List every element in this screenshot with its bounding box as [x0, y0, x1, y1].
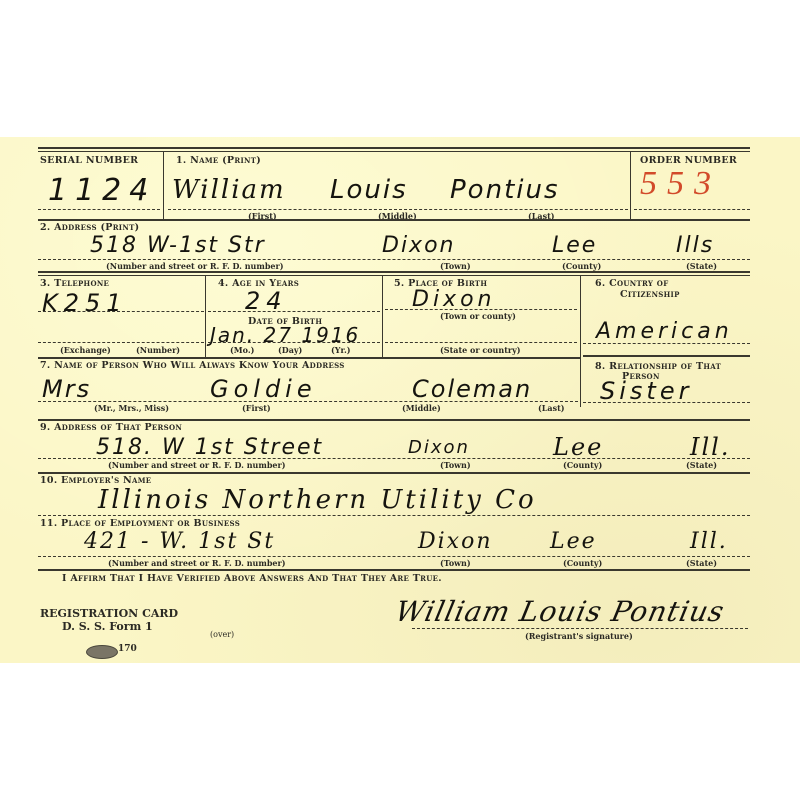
address-town-caption: (Town) [440, 261, 471, 271]
birthplace-dash-2 [385, 342, 577, 343]
contact-address-town-caption: (Town) [440, 460, 471, 470]
address-state-caption: (State) [686, 261, 717, 271]
address-county-caption: (County) [562, 261, 601, 271]
contact-address-county: Lee [553, 433, 603, 461]
contact-first-caption: (First) [242, 403, 271, 413]
dob-yr-caption: (Yr.) [331, 345, 351, 355]
employment-label: 11. Place of Employment or Business [40, 518, 240, 529]
row-rule-2b [38, 275, 750, 276]
contact-title-caption: (Mr., Mrs., Miss) [94, 403, 169, 413]
order-dash [634, 209, 750, 210]
contact-address-state-caption: (State) [686, 460, 717, 470]
contact-address-state: Ill. [690, 433, 730, 461]
employment-street-caption: (Number and street or R. F. D. number) [108, 558, 286, 568]
contact-address-town: Dixon [408, 437, 470, 458]
contact-address-county-caption: (County) [563, 460, 602, 470]
citizenship-dash [583, 343, 750, 344]
citizenship-label-2: Citizenship [620, 289, 680, 300]
serial-number-label: SERIAL NUMBER [40, 155, 138, 166]
age-dash [208, 311, 380, 312]
address-street-caption: (Number and street or R. F. D. number) [106, 261, 284, 271]
form-number: D. S. S. Form 1 [62, 620, 153, 633]
telephone-dash [38, 311, 204, 312]
dob-day-caption: (Day) [278, 345, 302, 355]
address-county: Lee [552, 233, 597, 258]
employment-street: 421 - W. 1st St [84, 529, 275, 554]
employment-county: Lee [550, 529, 597, 554]
address-town: Dixon [382, 233, 455, 258]
row-rule-5 [38, 472, 750, 474]
telephone-value: K251 [42, 289, 128, 317]
employment-town: Dixon [418, 529, 493, 554]
birthplace-dash [385, 309, 577, 310]
birthplace-divider [580, 275, 581, 407]
address-state: Ills [676, 233, 714, 258]
telephone-label: 3. Telephone [40, 278, 109, 289]
row-rule-2 [38, 271, 750, 273]
serial-dash [38, 209, 160, 210]
contact-middle: Coleman [412, 375, 532, 403]
address-street: 518 W-1st Str [90, 233, 266, 258]
contact-middle-caption: (Middle) [402, 403, 441, 413]
contact-last-caption: (Last) [538, 403, 565, 413]
employment-state: Ill. [690, 529, 728, 554]
dob-dash [208, 342, 380, 343]
registration-card: SERIAL NUMBER 1124 1. Name (Print) Willi… [0, 137, 800, 663]
row-rule-4 [38, 419, 750, 421]
serial-divider [163, 151, 164, 219]
employment-county-caption: (County) [563, 558, 602, 568]
row-rule-3-right [583, 355, 750, 357]
print-code: 170 [118, 644, 137, 654]
signature-caption: (Registrant's signature) [525, 631, 633, 641]
dob-value: Jan. 27 1916 [210, 323, 360, 347]
over-note: (over) [210, 630, 234, 639]
name-last: Pontius [450, 175, 560, 205]
contact-address-street: 518. W 1st Street [96, 435, 323, 460]
address-label: 2. Address (Print) [40, 222, 139, 233]
order-number-value: 553 [640, 165, 721, 203]
registrant-signature: William Louis Pontius [392, 595, 727, 628]
age-divider [382, 275, 383, 357]
name-middle: Louis [330, 175, 408, 205]
telephone-exchange-caption: (Exchange) [60, 345, 111, 355]
contact-title: Mrs [42, 375, 91, 403]
telephone-number-caption: (Number) [136, 345, 180, 355]
top-rule [38, 147, 750, 149]
contact-dash [38, 401, 578, 402]
contact-first: Goldie [210, 375, 317, 403]
name-label: 1. Name (Print) [176, 155, 261, 166]
citizenship-value: American [596, 319, 733, 344]
contact-address-street-caption: (Number and street or R. F. D. number) [108, 460, 286, 470]
order-divider [630, 151, 631, 219]
top-rule-thin [38, 151, 750, 152]
name-dash [168, 209, 628, 210]
address-dash [38, 259, 750, 260]
relationship-value: Sister [600, 377, 692, 405]
employment-town-caption: (Town) [440, 558, 471, 568]
name-first: William [172, 175, 286, 205]
contact-label: 7. Name of Person Who Will Always Know Y… [40, 360, 345, 371]
birthplace-state-caption: (State or country) [440, 345, 521, 355]
row-rule-1 [38, 219, 750, 221]
citizenship-label-1: 6. Country of [595, 278, 668, 289]
affirmation-text: I Affirm That I Have Verified Above Answ… [62, 573, 442, 584]
relationship-dash [583, 402, 750, 403]
employment-dash [38, 556, 750, 557]
registration-card-title: REGISTRATION CARD [40, 607, 178, 620]
signature-dash [412, 628, 748, 629]
telephone-divider [205, 275, 206, 357]
row-rule-6 [38, 569, 750, 571]
row-rule-3 [38, 357, 580, 359]
employer-dash [38, 515, 750, 516]
birthplace-town-caption: (Town or county) [440, 311, 516, 321]
dob-mo-caption: (Mo.) [230, 345, 254, 355]
telephone-dash-2 [38, 342, 204, 343]
printing-office-seal-icon [86, 645, 118, 659]
serial-number-value: 1124 [48, 173, 156, 208]
employment-state-caption: (State) [686, 558, 717, 568]
employer-value: Illinois Northern Utility Co [98, 485, 537, 515]
contact-address-dash [38, 458, 750, 459]
contact-address-label: 9. Address of That Person [40, 422, 182, 433]
